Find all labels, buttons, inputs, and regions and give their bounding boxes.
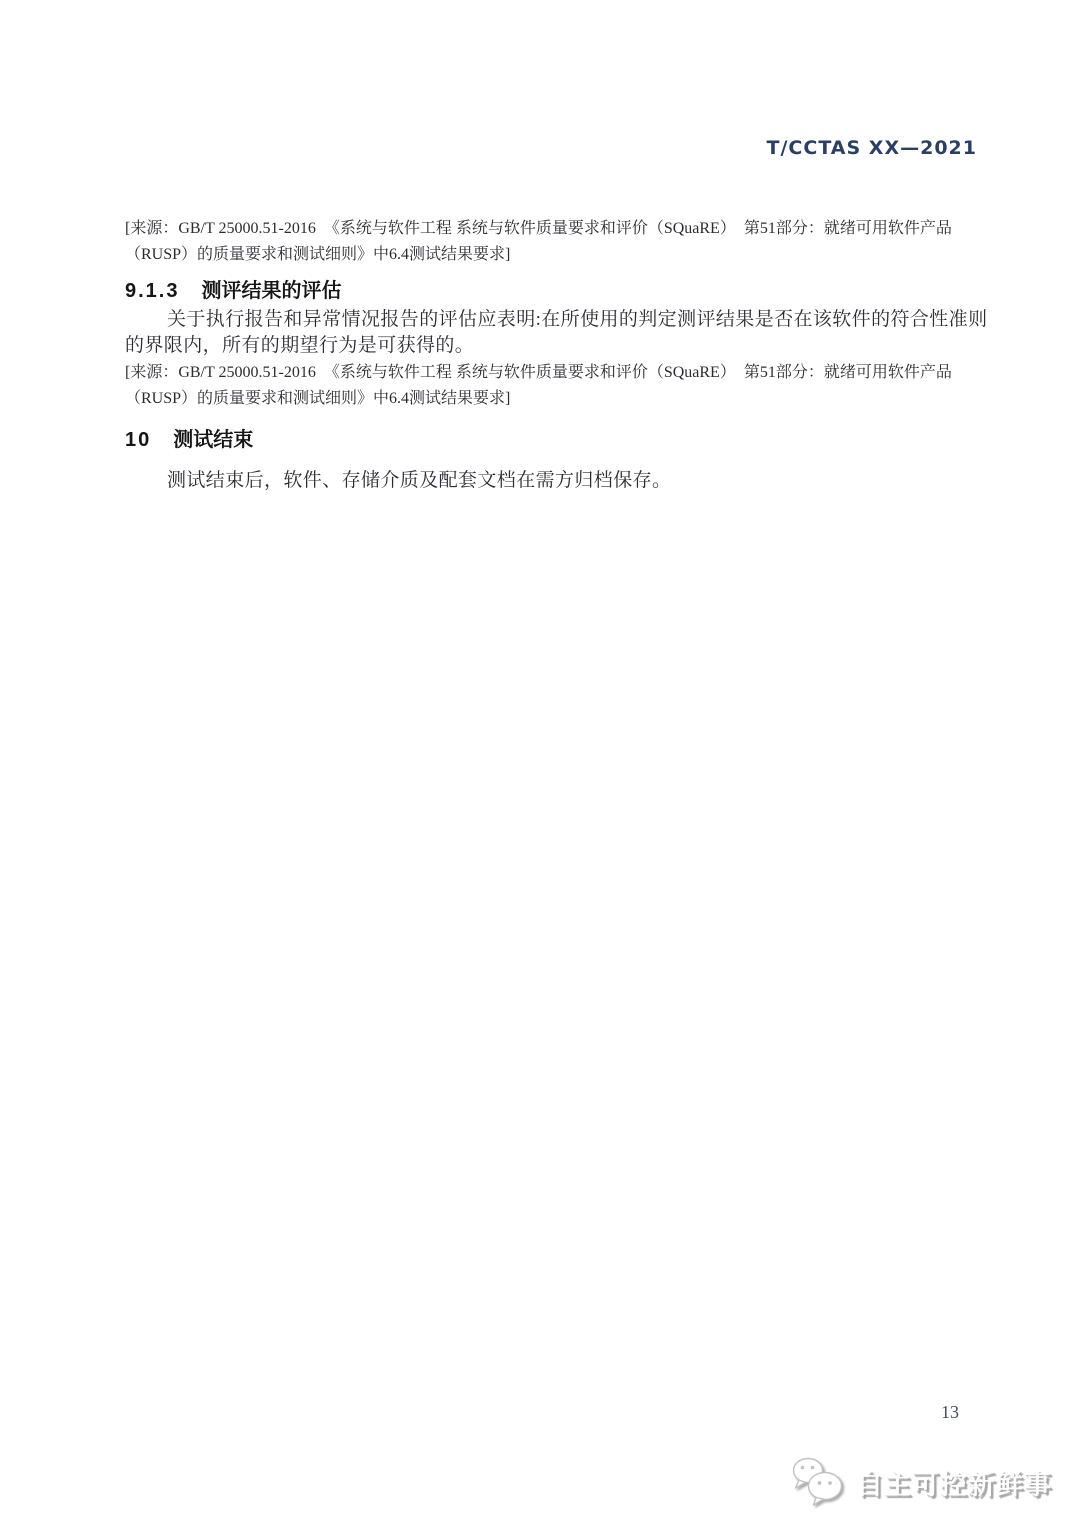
source-citation-2-line-2: （RUSP）的质量要求和测试细则》中6.4测试结果要求] xyxy=(125,386,987,412)
paragraph-10-line-1: 测试结束后，软件、存储介质及配套文档在需方归档保存。 xyxy=(125,468,987,494)
paragraph-9-1-3-line-1: 关于执行报告和异常情况报告的评估应表明:在所使用的判定测评结果是否在该软件的符合… xyxy=(125,307,987,333)
paragraph-9-1-3: 关于执行报告和异常情况报告的评估应表明:在所使用的判定测评结果是否在该软件的符合… xyxy=(125,307,987,359)
section-heading-9-1-3: 9.1.3 测评结果的评估 xyxy=(125,274,341,303)
paragraph-10: 测试结束后，软件、存储介质及配套文档在需方归档保存。 xyxy=(125,468,987,494)
document-page: T/CCTAS XX—2021 [来源：GB/T 25000.51-2016 《… xyxy=(0,0,1080,1528)
source-citation-1-line-1: [来源：GB/T 25000.51-2016 《系统与软件工程 系统与软件质量要… xyxy=(125,216,987,242)
section-number: 10 xyxy=(125,429,151,452)
source-citation-1: [来源：GB/T 25000.51-2016 《系统与软件工程 系统与软件质量要… xyxy=(125,216,987,268)
account-watermark: 自主可控新鲜事 xyxy=(790,1452,1080,1512)
source-citation-1-line-2: （RUSP）的质量要求和测试细则》中6.4测试结果要求] xyxy=(125,242,987,268)
source-citation-2: [来源：GB/T 25000.51-2016 《系统与软件工程 系统与软件质量要… xyxy=(125,360,987,412)
standard-number-header: T/CCTAS XX—2021 xyxy=(767,137,977,159)
source-citation-2-line-1: [来源：GB/T 25000.51-2016 《系统与软件工程 系统与软件质量要… xyxy=(125,360,987,386)
wechat-icon xyxy=(790,1456,846,1508)
watermark-text: 自主可控新鲜事 xyxy=(856,1463,1052,1502)
section-number: 9.1.3 xyxy=(125,280,179,303)
section-title: 测评结果的评估 xyxy=(201,274,341,303)
page-number: 13 xyxy=(925,1402,975,1423)
paragraph-9-1-3-line-2: 的界限内，所有的期望行为是可获得的。 xyxy=(125,333,987,359)
section-title: 测试结束 xyxy=(173,423,253,452)
section-heading-10: 10 测试结束 xyxy=(125,423,253,452)
